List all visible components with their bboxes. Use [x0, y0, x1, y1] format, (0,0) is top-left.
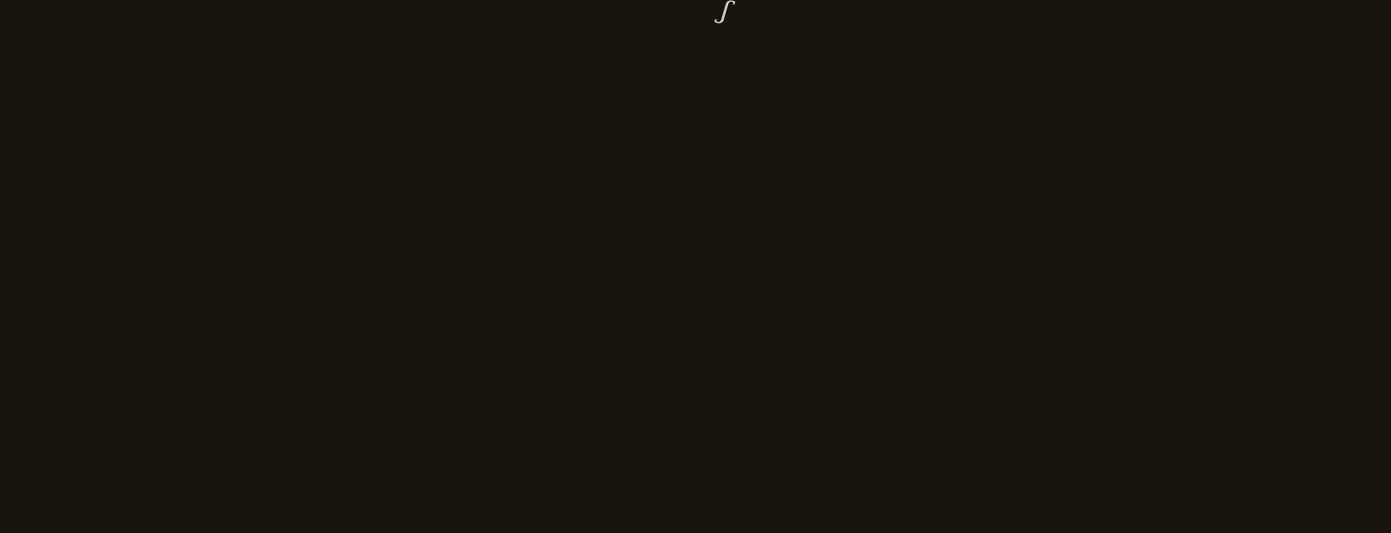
top-edge-paper-mark: ʃ [718, 0, 732, 26]
manuscript-line: animadvertimus Sic in Domino expedire; c… [164, 415, 1271, 452]
manuscript-initial-word: Petrus [296, 32, 531, 114]
manuscript-line: melius, prout pensatis rerum, locorum et… [158, 371, 1243, 410]
manuscript-line: miseratione Divinâ gratiâ et communione … [556, 53, 1374, 99]
stamp-ermine-marks: ✚ ✚ ✚ [138, 163, 176, 177]
rosette-icon [144, 67, 170, 118]
date-day: 10 [54, 30, 91, 61]
manuscript-line: Salubriter dirigendum Sollicitj, exigent… [162, 237, 1246, 274]
paper-right-shadow [1361, 170, 1391, 533]
manuscript-photo: ʃ 10e Januer 1673 [0, 0, 1391, 533]
stamp-region-label: BRETAGNE [112, 145, 202, 160]
date-month: Janu [108, 23, 173, 56]
manuscript-line: de Plouneventro nostræ diœcesis existent… [148, 488, 1246, 525]
date-annotation: 10e Januer 1673 [54, 15, 271, 62]
date-year: 1673 [200, 15, 271, 49]
date-day-suffix: e [89, 31, 101, 48]
manuscript-line: Ex nostrij pastoralis offitij debito cir… [256, 190, 1263, 230]
eagle-right-icon [201, 120, 256, 240]
eagle-left-icon [58, 120, 113, 240]
manuscript-line: præsentibus et futuris S. in Domino. [288, 146, 867, 185]
manuscript-line: majorem animarum Securitatem immutetur, … [214, 329, 1243, 367]
ink-smudge [1188, 168, 1218, 190]
wax-blot [82, 306, 114, 329]
red-bracket-mark [0, 460, 20, 522]
manuscript-line: Sanctæ Sedis Apostolicæ Episcopus Comes … [294, 100, 1391, 141]
manuscript-line: habitatoribus loci et territorij Sanctj … [152, 454, 1178, 490]
stamp-value-label: DIX SOLZ [120, 181, 195, 195]
date-month-suffix: er [171, 23, 191, 41]
ink-smudge [1148, 128, 1218, 183]
fiscal-stamp: BRETAGNE ✚ ✚ ✚ DIX SOLZ [42, 60, 272, 260]
manuscript-line: causa rationabilj, movemur lubentius, ut… [176, 280, 1271, 321]
